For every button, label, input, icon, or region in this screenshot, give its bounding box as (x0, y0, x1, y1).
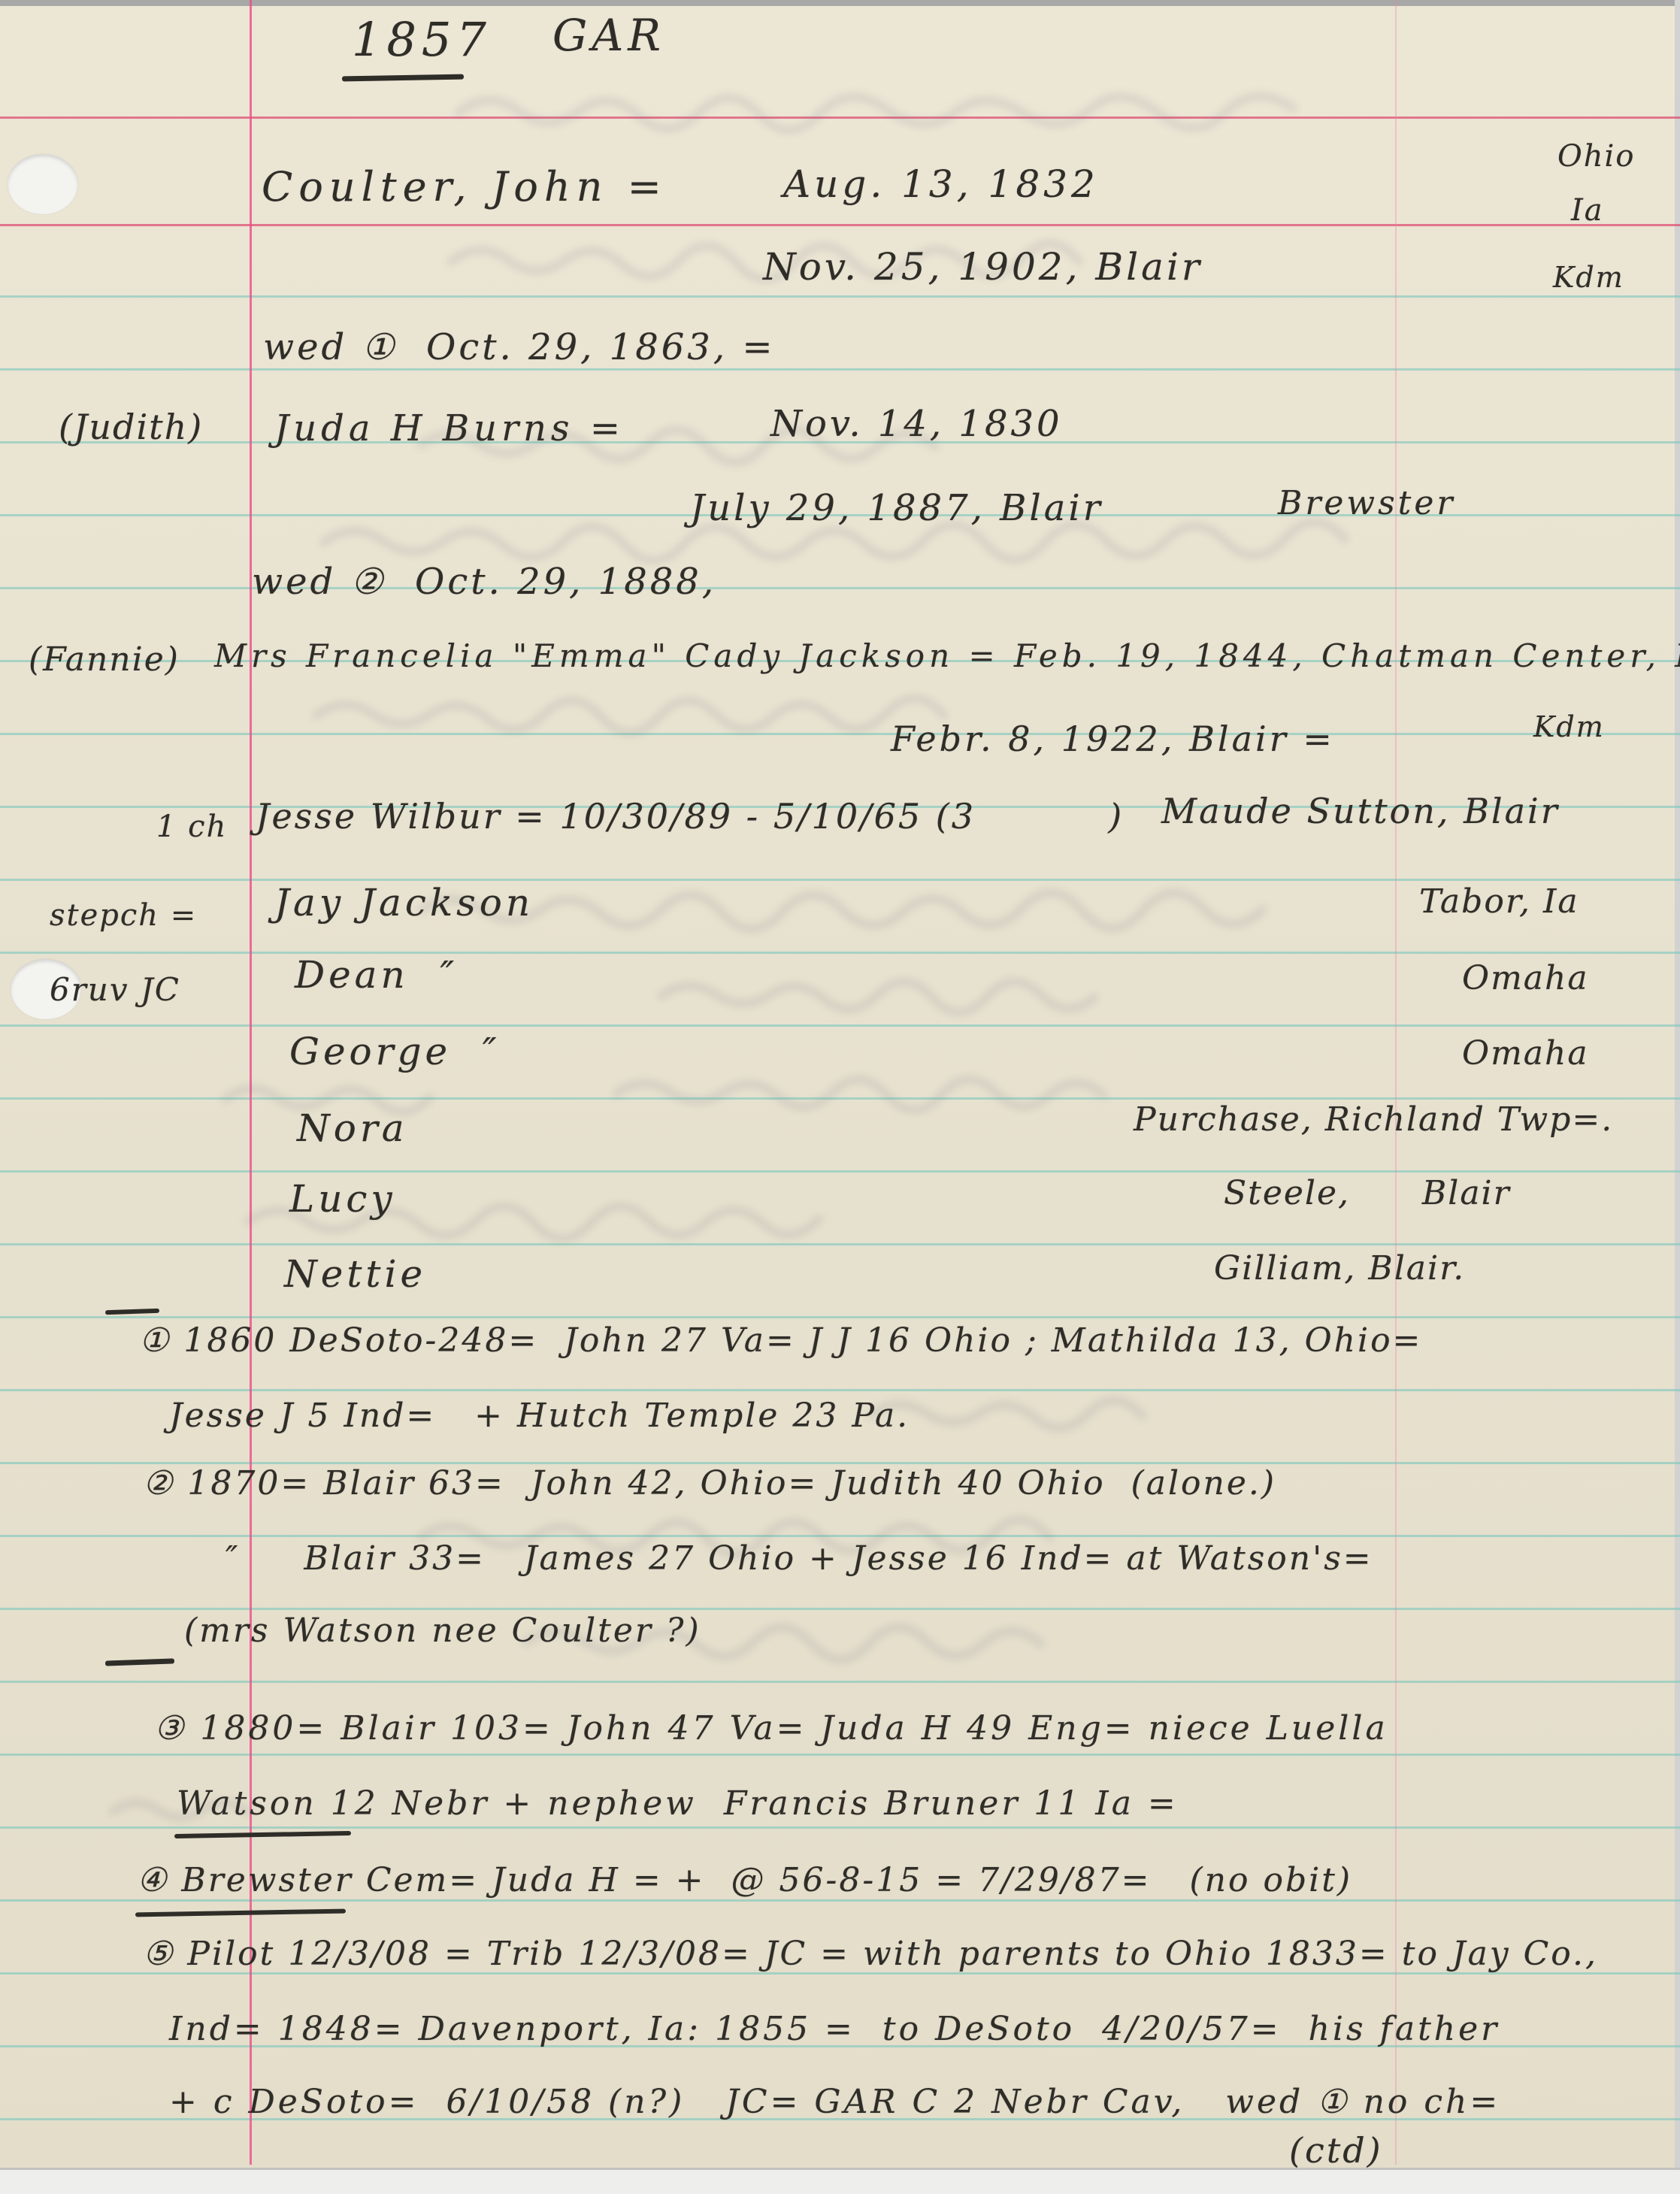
loc-tabor: Tabor, Ia (1419, 885, 1579, 918)
loc-steele-blair: Steele, Blair (1224, 1177, 1511, 1210)
gar-heading: GAR (552, 14, 665, 57)
census-1880-line1: ③ 1880= Blair 103= John 47 Va= Juda H 49… (154, 1712, 1388, 1745)
scan-edge-top (0, 0, 1680, 6)
year-heading: 1857 (352, 17, 492, 63)
death-date: Nov. 25, 1902, Blair (763, 248, 1203, 286)
wife2-death: Febr. 8, 1922, Blair = (891, 722, 1335, 756)
obituary-note-line1: ⑤ Pilot 12/3/08 = Trib 12/3/08= JC = wit… (143, 1938, 1598, 1971)
stepchild-jay: Jay Jackson (274, 884, 534, 921)
child-jesse: Jesse Wilbur = 10/30/89 - 5/10/65 (3 ) (256, 799, 1124, 834)
notebook-page: 1857 GAR Ohio Ia Kdm Coulter, John = Aug… (0, 0, 1680, 2194)
cemetery-note: ④ Brewster Cem= Juda H = + @ 56-8-15 = 7… (137, 1864, 1352, 1897)
census-1870-line2: ″ Blair 33= James 27 Ohio + Jesse 16 Ind… (226, 1542, 1373, 1575)
corner-kdm: Kdm (1553, 263, 1624, 292)
wife1-name: Juda H Burns = (274, 410, 625, 446)
obituary-note-line2: Ind= 1848= Davenport, Ia: 1855 = to DeSo… (169, 2013, 1500, 2046)
subject-name: Coulter, John = (262, 167, 667, 207)
year-underline (342, 74, 464, 82)
brewster-note: Brewster (1278, 487, 1455, 520)
census-1870-line3: (mrs Watson nee Coulter ?) (184, 1614, 701, 1648)
wife1-birth: Nov. 14, 1830 (770, 406, 1063, 442)
second-marriage: wed ② Oct. 29, 1888, (252, 564, 716, 600)
scan-edge-bottom (0, 2168, 1680, 2194)
stepchild-dean: Dean ″ (295, 956, 458, 994)
wife2-name-birth: Mrs Francelia "Emma" Cady Jackson = Feb.… (214, 640, 1680, 672)
red-margin-line-lower (0, 224, 1680, 226)
child-count-label: 1 ch (156, 812, 227, 842)
stepchild-george: George ″ (289, 1033, 501, 1070)
loc-purchase: Purchase, Richland Twp=. (1134, 1103, 1613, 1136)
child-jesse-spouse: Maude Sutton, Blair (1161, 794, 1560, 828)
first-marriage: wed ① Oct. 29, 1863, = (263, 329, 776, 365)
hole-punch-top (8, 154, 78, 214)
loc-gilliam-blair: Gilliam, Blair. (1214, 1252, 1465, 1285)
judith-margin-note: (Judith) (59, 410, 203, 444)
corner-ia: Ia (1571, 195, 1604, 225)
corner-kdm-2: Kdm (1533, 713, 1605, 741)
stepchild-nettie: Nettie (284, 1255, 426, 1293)
red-margin-line-upper (0, 117, 1680, 119)
census-1880-line2: Watson 12 Nebr + nephew Francis Bruner 1… (177, 1787, 1179, 1820)
loc-omaha-1: Omaha (1462, 962, 1589, 995)
census-1860-line1: ① 1860 DeSoto-248= John 27 Va= J J 16 Oh… (139, 1324, 1422, 1357)
pink-vertical-margin-line (250, 0, 252, 2165)
stepchild-lucy: Lucy (289, 1180, 396, 1218)
stepchildren-label: stepch = (50, 900, 197, 931)
continued-mark: (ctd) (1289, 2133, 1383, 2168)
loc-omaha-2: Omaha (1462, 1037, 1589, 1070)
birth-date: Aug. 13, 1832 (783, 165, 1099, 203)
wife1-death: July 29, 1887, Blair (690, 490, 1103, 526)
census-1860-line2: Jesse J 5 Ind= + Hutch Temple 23 Pa. (169, 1400, 910, 1433)
corner-ohio: Ohio (1557, 141, 1635, 171)
stepchild-nora: Nora (297, 1109, 408, 1147)
survivors-note: 6ruv JC (50, 974, 180, 1006)
obituary-note-line3: + c DeSoto= 6/10/58 (n?) JC= GAR C 2 Neb… (169, 2086, 1500, 2119)
faint-vertical-line-right (1395, 0, 1397, 2165)
census-1870-line1: ② 1870= Blair 63= John 42, Ohio= Judith … (143, 1467, 1276, 1500)
fannie-margin-note: (Fannie) (29, 643, 180, 676)
